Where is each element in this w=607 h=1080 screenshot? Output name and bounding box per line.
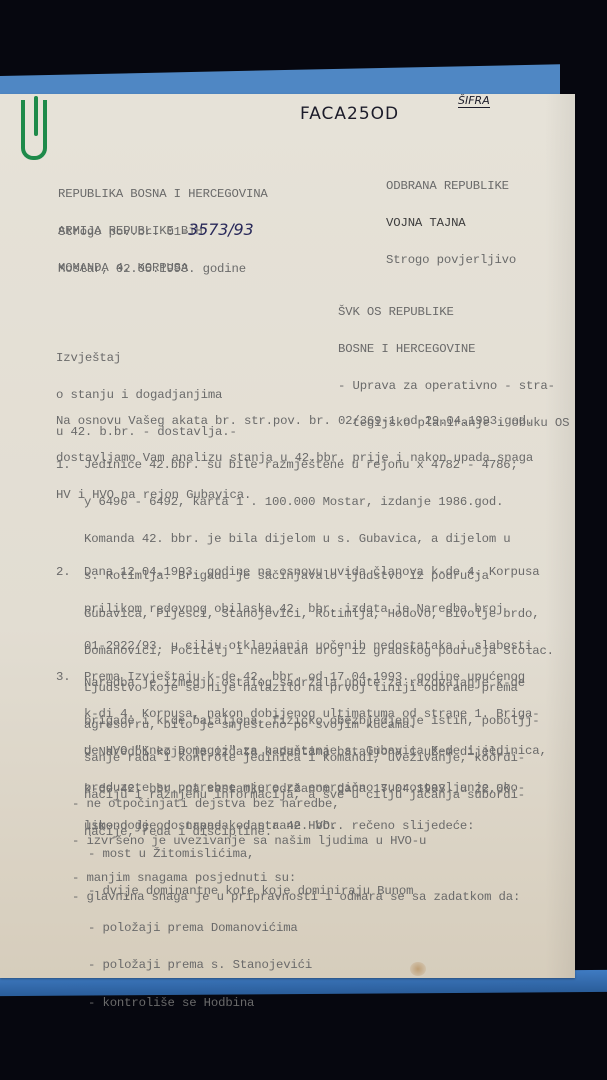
- place-date: Mostar, 02.05.1993. godine: [58, 263, 254, 275]
- last-bullet: - glavnina snaga je u pripravnosti i odm…: [72, 891, 520, 903]
- handwritten-code: FACA25OD: [300, 104, 399, 124]
- reference-number: Strogo pov.br. 01-3573/93 Mostar, 02.05.…: [58, 199, 254, 288]
- sub-bullet-list: - most u Žitomislićima, - dvije dominant…: [88, 823, 413, 1022]
- handwritten-reference: 3573/93: [188, 220, 253, 239]
- paperclip-wire: [34, 96, 38, 136]
- header-right: ODBRANA REPUBLIKE VOJNA TAJNA Strogo pov…: [386, 155, 516, 279]
- paper-stain: [410, 962, 426, 976]
- handwritten-sifra-label: ŠIFRA: [458, 94, 490, 108]
